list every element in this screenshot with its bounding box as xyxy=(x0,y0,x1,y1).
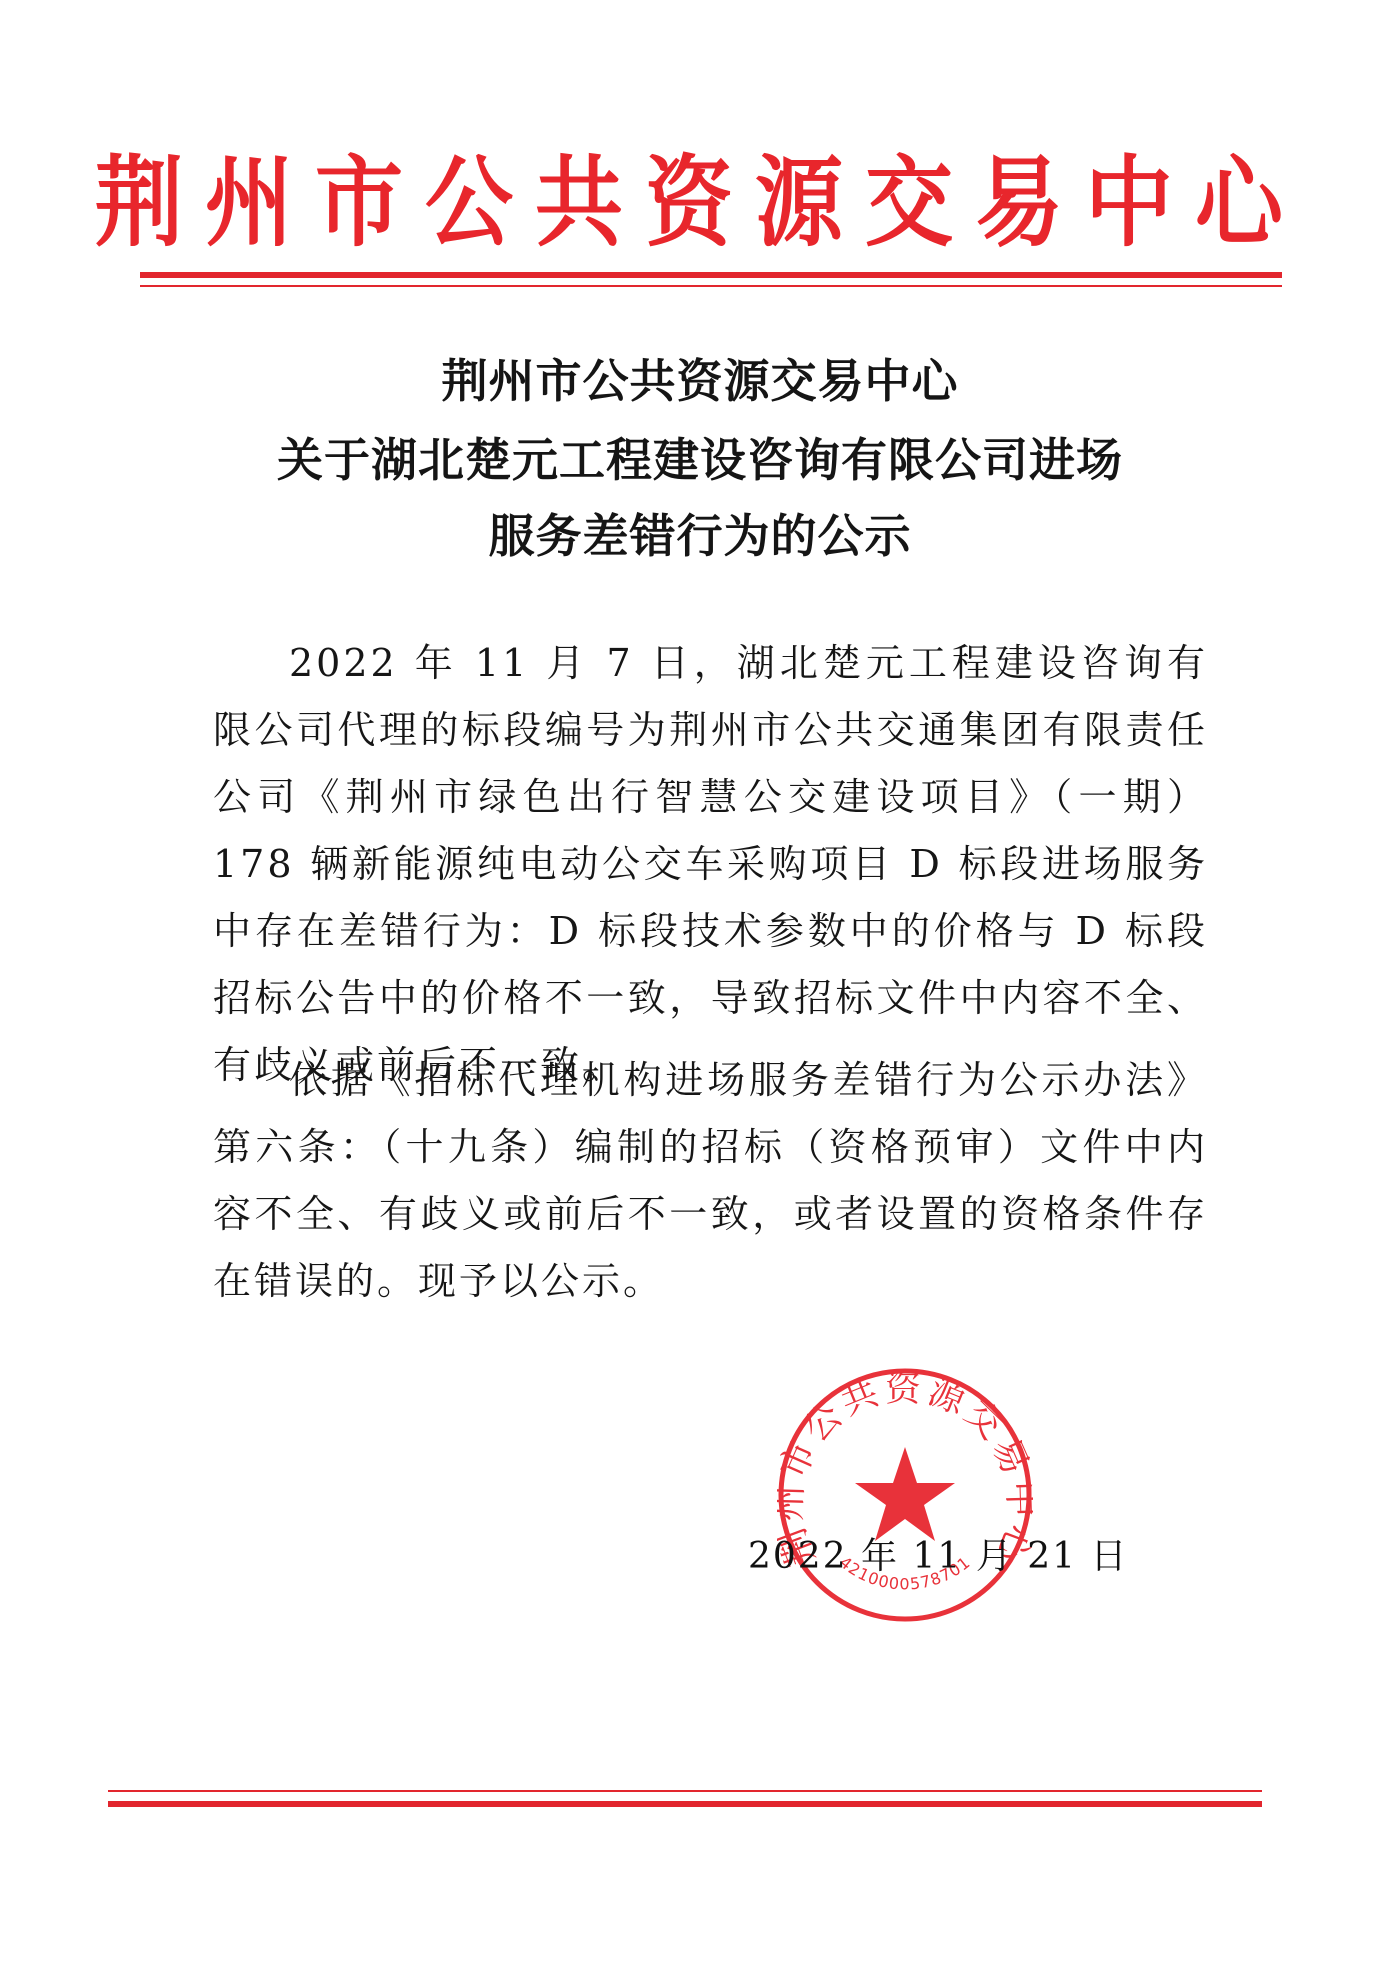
notice-body: 2022 年 11 月 7 日，湖北楚元工程建设咨询有限公司代理的标段编号为荆州… xyxy=(213,630,1208,1099)
masthead-title: 荆州市公共资源交易中心 xyxy=(0,141,1400,264)
doc-title-line-3: 服务差错行为的公示 xyxy=(0,500,1400,566)
doc-title-line-2: 关于湖北楚元工程建设咨询有限公司进场 xyxy=(0,424,1400,490)
notice-basis: 依据《招标代理机构进场服务差错行为公示办法》第六条：（十九条）编制的招标（资格预… xyxy=(213,1047,1208,1315)
masthead-divider-thin xyxy=(140,285,1282,287)
signature-date: 2022 年 11 月 21 日 xyxy=(748,1528,1128,1579)
official-seal: 荆州市公共资源交易中心 4210000578701 xyxy=(777,1367,1033,1623)
star-icon xyxy=(855,1447,955,1541)
footer-divider-thin xyxy=(108,1790,1262,1792)
paragraph-basis: 依据《招标代理机构进场服务差错行为公示办法》第六条：（十九条）编制的招标（资格预… xyxy=(213,1047,1208,1315)
paragraph-incident: 2022 年 11 月 7 日，湖北楚元工程建设咨询有限公司代理的标段编号为荆州… xyxy=(213,630,1208,1099)
doc-title-line-1: 荆州市公共资源交易中心 xyxy=(0,345,1400,411)
masthead-divider-thick xyxy=(140,272,1282,278)
footer-divider-thick xyxy=(108,1801,1262,1807)
